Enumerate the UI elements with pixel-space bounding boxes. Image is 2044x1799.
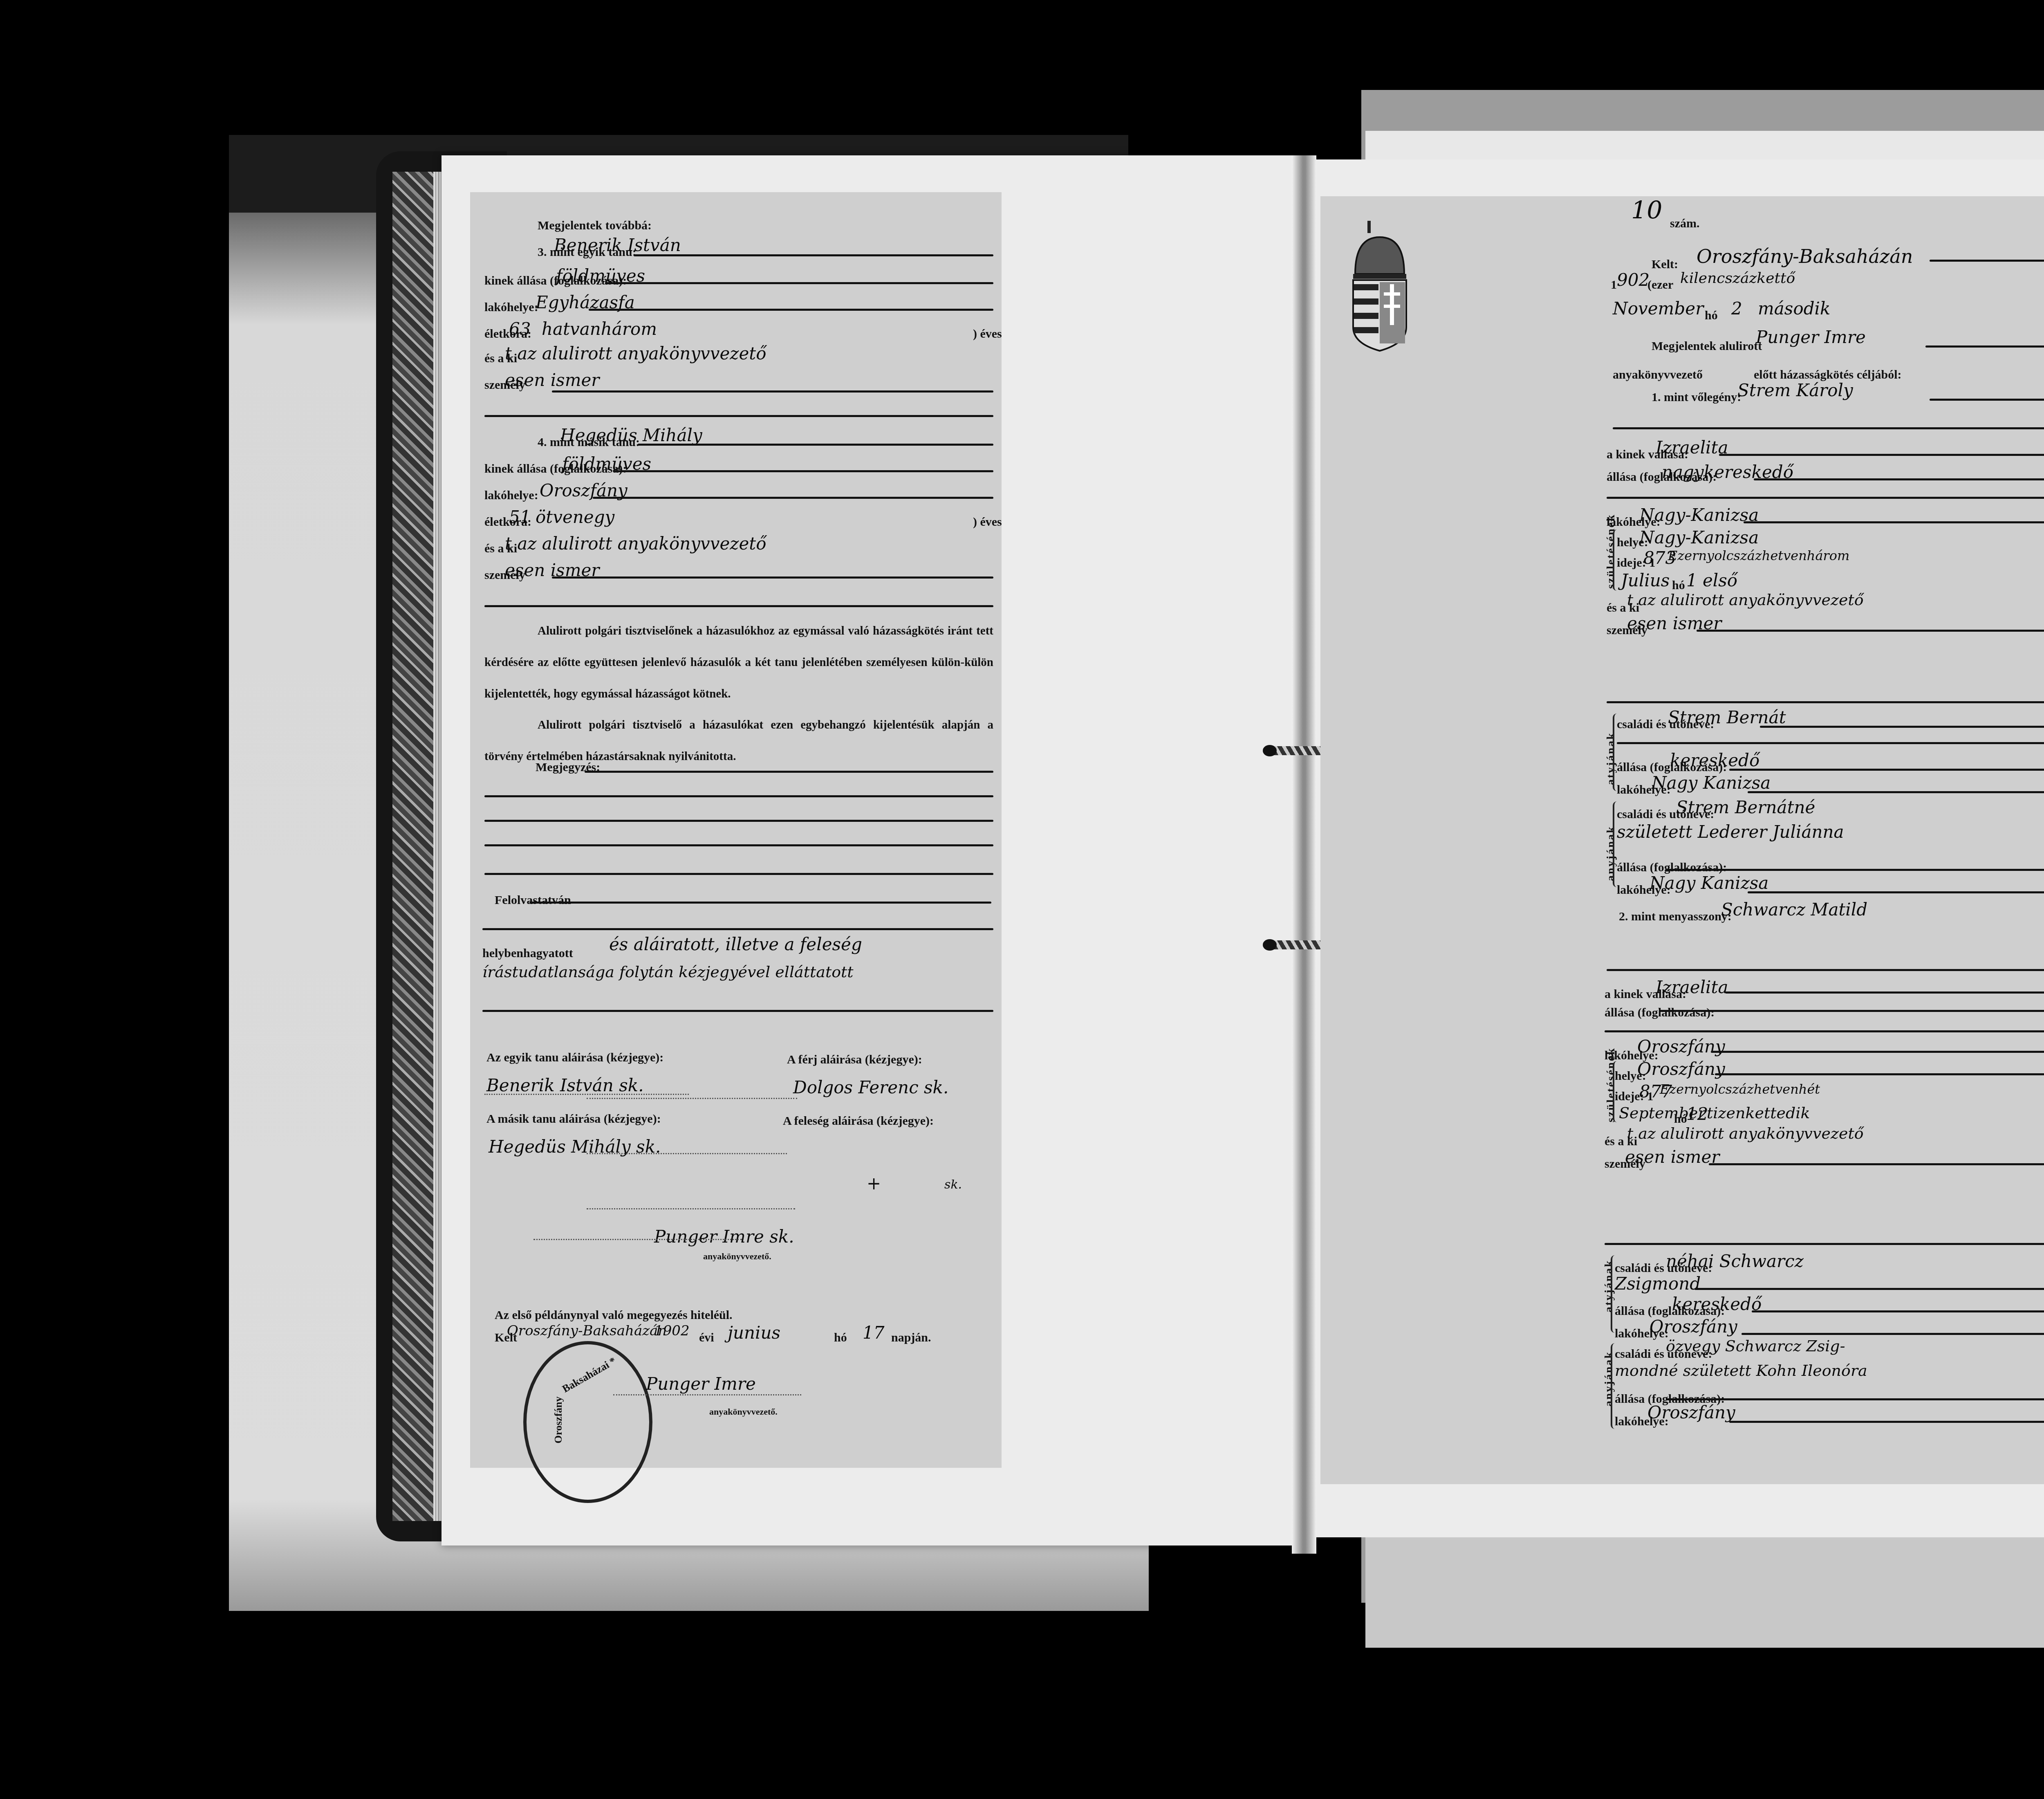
witness3-age-suffix: ) éves: [973, 327, 1002, 341]
witness4-known: t az alulirott anyakönyvvezető: [505, 534, 766, 554]
groom-known: t az alulirott anyakönyvvezető: [1627, 591, 1864, 609]
hungarian-coat-of-arms-icon: [1349, 221, 1410, 352]
cert-year: 1902: [654, 1323, 690, 1339]
bride-birth-day-words: tizenkettedik: [1707, 1104, 1810, 1122]
groom-birth-year-words: Ezernyolcszázhetvenhárom: [1668, 548, 1849, 563]
cert-ho: hó: [834, 1331, 847, 1345]
wife-sk: sk.: [944, 1178, 962, 1192]
bride-mother-residence: Oroszfány: [1647, 1402, 1735, 1422]
bride-known: t az alulirott anyakönyvvezető: [1627, 1124, 1864, 1142]
witness3-person: esen ismer: [505, 370, 599, 390]
witness3-residence-label: lakóhelye:: [484, 301, 538, 314]
bride-birth-ho: hó: [1674, 1112, 1687, 1126]
groom-father-occupation: kereskedő: [1670, 750, 1759, 770]
declaration-paragraph-1: Alulirott polgári tisztviselőnek a házas…: [484, 615, 993, 710]
witness3-known: t az alulirott anyakönyvvezető: [505, 343, 766, 363]
groom-birthplace: Nagy-Kanizsa: [1639, 527, 1759, 547]
year-words-label: (ezer: [1647, 278, 1673, 292]
bride-father-occupation: kereskedő: [1672, 1294, 1762, 1314]
bride-person: esen ismer: [1625, 1147, 1719, 1167]
registrar-label: anyakönyvvezető.: [703, 1251, 771, 1262]
read-label: Felolvastatván: [495, 893, 571, 907]
entry-number-label: szám.: [1670, 217, 1699, 231]
cert-signature: Punger Imre: [646, 1374, 756, 1394]
bride-birthplace: Oroszfány: [1637, 1059, 1725, 1079]
year-prefix: 1: [1611, 278, 1617, 292]
registrar-label-right: anyakönyvvezető: [1613, 368, 1703, 382]
groom-religion: Izraelita: [1656, 437, 1728, 458]
groom-birth-day-words: első: [1703, 570, 1737, 590]
year: 902: [1617, 270, 1650, 290]
bride-residence: Oroszfány: [1637, 1036, 1725, 1057]
groom-mother-name-1: Strem Bernátné: [1676, 797, 1815, 817]
husband-sig-label: A férj aláirása (kézjegye):: [787, 1053, 922, 1067]
registrar-signature: Punger Imre sk.: [654, 1227, 794, 1247]
month-ho: hó: [1705, 309, 1718, 323]
witness2-sig-label: A másik tanu aláirása (kézjegye):: [486, 1112, 661, 1126]
witness4-name: Hegedüs Mihály: [560, 425, 702, 445]
certification-text: Az első példánynyal való megegyezés hite…: [495, 1308, 733, 1322]
groom-name: Strem Károly: [1737, 380, 1853, 400]
bride-father-name-2: Zsigmond: [1615, 1274, 1701, 1294]
groom-father-residence: Nagy Kanizsa: [1652, 773, 1771, 793]
witness4-age-suffix: ) éves: [973, 515, 1002, 529]
groom-mother-residence: Nagy Kanizsa: [1650, 873, 1768, 893]
bride-birth-year-words: Ezernyolcszázhetvenhét: [1660, 1081, 1820, 1097]
marbled-edge-left: [392, 172, 437, 1521]
day-words: második: [1758, 298, 1830, 319]
bride-birth-day: 12: [1686, 1104, 1708, 1124]
witness4-age: 51: [509, 507, 531, 527]
witness3-age-words: hatvanhárom: [542, 319, 657, 339]
header-label: Megjelentek továbbá:: [538, 219, 652, 233]
bride-father-residence: Oroszfány: [1650, 1317, 1737, 1337]
bride-father-name-1: néhai Schwarcz: [1666, 1251, 1804, 1271]
approved-label: helybenhagyatott: [482, 947, 573, 960]
wife-mark: +: [867, 1173, 881, 1193]
cert-evi: évi: [699, 1331, 714, 1345]
witness1-signature: Benerik István sk.: [486, 1075, 643, 1095]
year-words: kilencszázkettő: [1680, 270, 1795, 287]
day: 2: [1731, 298, 1742, 319]
registrar-name: Punger Imre: [1756, 327, 1866, 347]
book-spine: [1292, 155, 1316, 1554]
wife-sig-label: A feleség aláirása (kézjegye):: [783, 1114, 934, 1128]
witness4-residence-label: lakóhelye:: [484, 489, 538, 502]
bride-occupation-label: állása (foglalkozása):: [1605, 1006, 1715, 1020]
bride-mother-name-2: mondné született Kohn Ileonóra: [1615, 1362, 1867, 1380]
bride-name: Schwarcz Matild: [1721, 899, 1867, 920]
groom-mother-occupation-label: állása (foglalkozása):: [1617, 861, 1727, 875]
bride-religion: Izraelita: [1656, 977, 1728, 997]
entry-number: 10: [1631, 196, 1662, 225]
cert-registrar-label: anyakönyvvezető.: [709, 1406, 778, 1417]
cert-day: 17: [863, 1323, 884, 1343]
cert-napjan: napján.: [891, 1331, 931, 1345]
witness3-age: 63: [509, 319, 531, 339]
witness4-age-words: ötvenegy: [536, 507, 614, 527]
husband-signature: Dolgos Ferenc sk.: [793, 1077, 948, 1097]
month: November: [1613, 298, 1703, 319]
kelt-label: Kelt:: [1652, 258, 1678, 271]
groom-mother-name-2: született Lederer Juliánna: [1617, 822, 1844, 842]
cert-month: junius: [728, 1323, 780, 1343]
bride-mother-name-1: özvegy Schwarcz Zsig-: [1666, 1337, 1845, 1355]
bride-label: 2. mint menyasszony:: [1619, 910, 1732, 924]
approved-text-2: írástudatlansága folytán kézjegyével ell…: [482, 963, 854, 981]
witness1-sig-label: Az egyik tanu aláirása (kézjegye):: [486, 1051, 663, 1065]
witness3-name: Benerik István: [554, 235, 681, 255]
groom-birth-month: Julius: [1621, 570, 1670, 590]
approved-text-1: és aláiratott, illetve a feleség: [609, 934, 862, 954]
groom-birth-ho: hó: [1672, 579, 1685, 592]
kelt-place: Oroszfány-Baksaházán: [1697, 245, 1913, 267]
official-stamp-icon: Baksaházai * Oroszfány: [523, 1341, 652, 1503]
groom-residence: Nagy-Kanizsa: [1639, 505, 1759, 525]
groom-father-name: Strem Bernát: [1668, 707, 1786, 727]
groom-label: 1. mint vőlegény:: [1652, 390, 1741, 404]
appeared-label: Megjelentek alulirott: [1652, 339, 1762, 353]
groom-birth-day: 1: [1686, 570, 1697, 590]
purpose-label: előtt házasságkötés céljából:: [1754, 368, 1902, 382]
cert-place: Oroszfány-Baksaházán: [507, 1323, 667, 1339]
